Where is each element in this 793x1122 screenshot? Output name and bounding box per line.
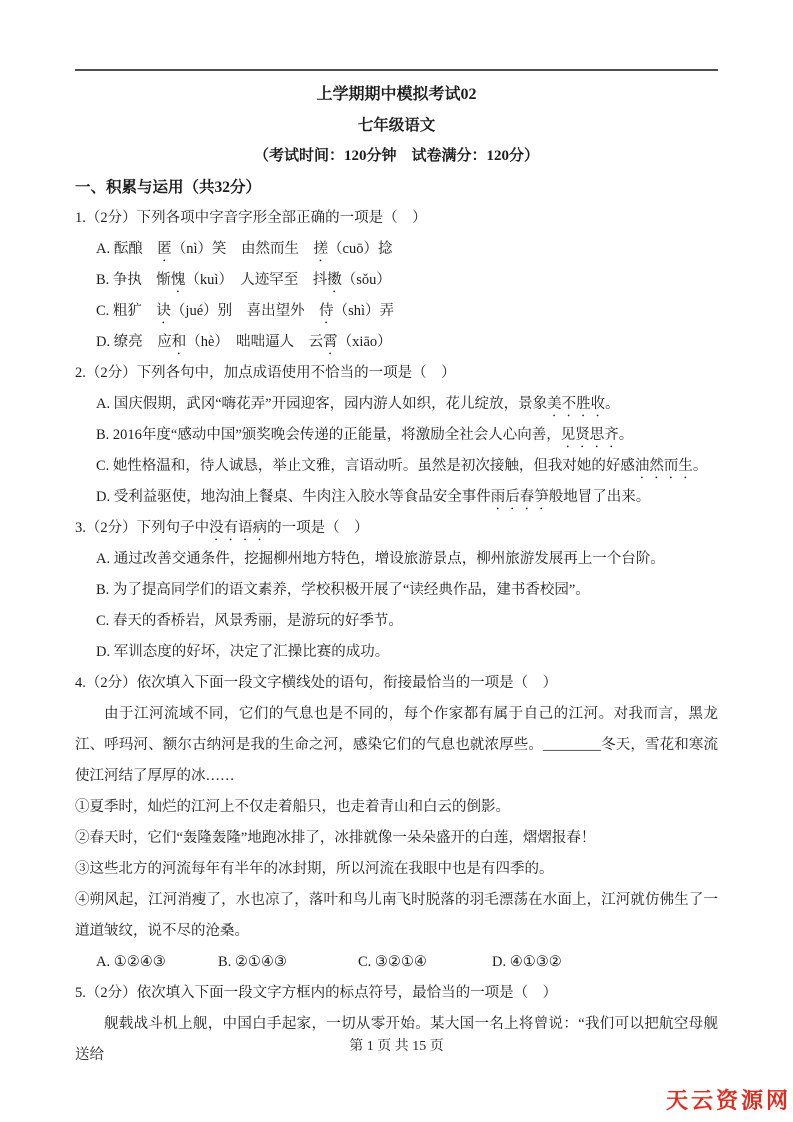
text-segment: ①夏季时，灿烂的江河上不仅走着船只，也走着青山和白云的倒影。 — [75, 799, 510, 815]
emphasized-text: 油然而生 — [635, 458, 693, 474]
text-segment: （cuō）捻 — [328, 241, 392, 257]
emphasized-text: 雨后春笋 — [491, 489, 549, 505]
exam-document-page: 上学期期中模拟考试02 七年级语文 （考试时间：120分钟 试卷满分：120分）… — [0, 0, 793, 1122]
question-4-sentence-2: ②春天时，它们“轰隆轰隆”地跑冰排了，冰排就像一朵朵盛开的白莲，熠熠报春！ — [75, 823, 718, 854]
text-segment: A. 酝酿 — [96, 241, 157, 257]
text-segment: （sǒu） — [342, 272, 391, 288]
text-segment: D. 军训态度的好坏，决定了汇操比赛的成功。 — [96, 644, 389, 660]
text-segment: A. 国庆假期，武冈“嗨花弄”开园迎客，园内游人如织，花儿绽放，景象 — [96, 396, 547, 412]
emphasized-text: 诀 — [156, 303, 171, 319]
question-4-sentence-4: ④朔风起，江河消瘦了，水也凉了，落叶和鸟儿南飞时脱落的羽毛漂荡在水面上，江河就仿… — [75, 885, 718, 947]
question-4-stem: 4.（2分）依次填入下面一段文字横线处的语句，衔接最恰当的一项是（ ） — [75, 668, 718, 699]
emphasized-text: 美不胜收 — [547, 396, 605, 412]
emphasized-text: 见贤思齐 — [561, 427, 619, 443]
text-segment: C. 粗犷 — [96, 303, 156, 319]
text-segment: 由于江河流域不同，它们的气息也是不同的，每个作家都有属于自己的江河。对我而言，黑… — [75, 706, 718, 784]
text-segment: 3.（2分）下列句子中 — [75, 520, 209, 536]
question-2-option-c: C. 她性格温和，待人诚恳，举止文雅，言语动听。虽然是初次接触，但我对她的好感油… — [75, 451, 718, 482]
question-4-sentence-3: ③这些北方的河流每年有半年的冰封期，所以河流在我眼中也是有四季的。 — [75, 854, 718, 885]
section-heading: 一、积累与运用（共32分） — [75, 172, 718, 203]
text-segment: 。 — [619, 427, 634, 443]
choice-option-3: D. ④①③② — [492, 947, 562, 978]
emphasized-text: 匿 — [157, 241, 172, 257]
text-segment: （kuì） 人迹罕至 抖 — [185, 272, 327, 288]
question-1-option-a: A. 酝酿 匿（nì）笑 由然而生 搓（cuō）捻 — [75, 234, 718, 265]
question-3-option-a: A. 通过改善交通条件，挖掘柳州地方特色，增设旅游景点，柳州旅游发展再上一个台阶… — [75, 544, 718, 575]
text-segment: A. 通过改善交通条件，挖掘柳州地方特色，增设旅游景点，柳州旅游发展再上一个台阶… — [96, 551, 665, 567]
text-segment: B. 为了提高同学们的语文素养，学校积极开展了“读经典作品，建书香校园”。 — [96, 582, 590, 598]
question-3-option-d: D. 军训态度的好坏，决定了汇操比赛的成功。 — [75, 637, 718, 668]
watermark-text: 天云资源网 — [666, 1084, 791, 1115]
text-segment: C. 她性格温和，待人诚恳，举止文雅，言语动听。虽然是初次接触，但我对她的好感 — [96, 458, 635, 474]
emphasized-text: 和 — [172, 334, 187, 350]
emphasized-text: 愧 — [171, 272, 186, 288]
text-segment: B. 争执 惭 — [96, 272, 171, 288]
text-segment: 2.（2分）下列各句中，加点成语使用不恰当的一项是（ ） — [75, 365, 456, 381]
question-2-stem: 2.（2分）下列各句中，加点成语使用不恰当的一项是（ ） — [75, 358, 718, 389]
text-segment: 的一项是（ ） — [267, 520, 369, 536]
text-segment: D. 受利益驱使，地沟油上餐桌、牛肉注入胶水等食品安全事件 — [96, 489, 491, 505]
emphasized-text: 搓 — [314, 241, 329, 257]
question-lines-container: 1.（2分）下列各项中字音字形全部正确的一项是（ ）A. 酝酿 匿（nì）笑 由… — [75, 203, 718, 1071]
text-segment: ④朔风起，江河消瘦了，水也凉了，落叶和鸟儿南飞时脱落的羽毛漂荡在水面上，江河就仿… — [75, 892, 718, 939]
text-segment: 般地冒了出来。 — [549, 489, 651, 505]
exam-subtitle: 七年级语文 — [75, 110, 718, 141]
exam-title: 上学期期中模拟考试02 — [75, 79, 718, 110]
document-content: 上学期期中模拟考试02 七年级语文 （考试时间：120分钟 试卷满分：120分）… — [75, 0, 718, 1071]
text-segment: D. 缭亮 应 — [96, 334, 172, 350]
question-5-stem: 5.（2分）依次填入下面一段文字方框内的标点符号，最恰当的一项是（ ） — [75, 978, 718, 1009]
choice-option-0: A. ①②④③ — [96, 947, 218, 978]
text-segment: （jué）别 喜出望外 — [171, 303, 319, 319]
text-segment: 4.（2分）依次填入下面一段文字横线处的语句，衔接最恰当的一项是（ ） — [75, 675, 557, 691]
question-3-option-b: B. 为了提高同学们的语文素养，学校积极开展了“读经典作品，建书香校园”。 — [75, 575, 718, 606]
emphasized-text: 擞 — [327, 272, 342, 288]
question-1-stem: 1.（2分）下列各项中字音字形全部正确的一项是（ ） — [75, 203, 718, 234]
emphasized-text: 霄 — [323, 334, 338, 350]
text-segment: （shì）弄 — [334, 303, 394, 319]
text-segment: （hè） 咄咄逼人 云 — [186, 334, 323, 350]
text-segment: ③这些北方的河流每年有半年的冰封期，所以河流在我眼中也是有四季的。 — [75, 861, 554, 877]
question-1-option-d: D. 缭亮 应和（hè） 咄咄逼人 云霄（xiāo） — [75, 327, 718, 358]
text-segment: B. 2016年度“感动中国”颁奖晚会传递的正能量，将激励全社会人心向善， — [96, 427, 561, 443]
choice-option-2: C. ③②①④ — [358, 947, 492, 978]
page-number-footer: 第 1 页 共 15 页 — [0, 1033, 793, 1061]
exam-info: （考试时间：120分钟 试卷满分：120分） — [75, 141, 718, 172]
text-segment: ②春天时，它们“轰隆轰隆”地跑冰排了，冰排就像一朵朵盛开的白莲，熠熠报春！ — [75, 830, 595, 846]
question-4-passage: 由于江河流域不同，它们的气息也是不同的，每个作家都有属于自己的江河。对我而言，黑… — [75, 699, 718, 792]
text-segment: 。 — [605, 396, 620, 412]
text-segment: C. 春天的香桥岩，风景秀丽，是游玩的好季节。 — [96, 613, 403, 629]
question-1-option-b: B. 争执 惭愧（kuì） 人迹罕至 抖擞（sǒu） — [75, 265, 718, 296]
question-4-choices: A. ①②④③B. ②①④③C. ③②①④D. ④①③② — [75, 947, 718, 978]
question-1-option-c: C. 粗犷 诀（jué）别 喜出望外 侍（shì）弄 — [75, 296, 718, 327]
text-segment: （nì）笑 由然而生 — [172, 241, 314, 257]
text-segment: 1.（2分）下列各项中字音字形全部正确的一项是（ ） — [75, 210, 427, 226]
text-segment: 5.（2分）依次填入下面一段文字方框内的标点符号，最恰当的一项是（ ） — [75, 985, 557, 1001]
emphasized-text: 侍 — [319, 303, 334, 319]
question-3-stem: 3.（2分）下列句子中没有语病的一项是（ ） — [75, 513, 718, 544]
text-segment: 。 — [693, 458, 708, 474]
choice-option-1: B. ②①④③ — [218, 947, 358, 978]
question-3-option-c: C. 春天的香桥岩，风景秀丽，是游玩的好季节。 — [75, 606, 718, 637]
text-segment: （xiāo） — [338, 334, 392, 350]
emphasized-text: 没有语病 — [209, 520, 267, 536]
question-4-sentence-1: ①夏季时，灿烂的江河上不仅走着船只，也走着青山和白云的倒影。 — [75, 792, 718, 823]
question-2-option-a: A. 国庆假期，武冈“嗨花弄”开园迎客，园内游人如织，花儿绽放，景象美不胜收。 — [75, 389, 718, 420]
question-2-option-b: B. 2016年度“感动中国”颁奖晚会传递的正能量，将激励全社会人心向善，见贤思… — [75, 420, 718, 451]
question-2-option-d: D. 受利益驱使，地沟油上餐桌、牛肉注入胶水等食品安全事件雨后春笋般地冒了出来。 — [75, 482, 718, 513]
